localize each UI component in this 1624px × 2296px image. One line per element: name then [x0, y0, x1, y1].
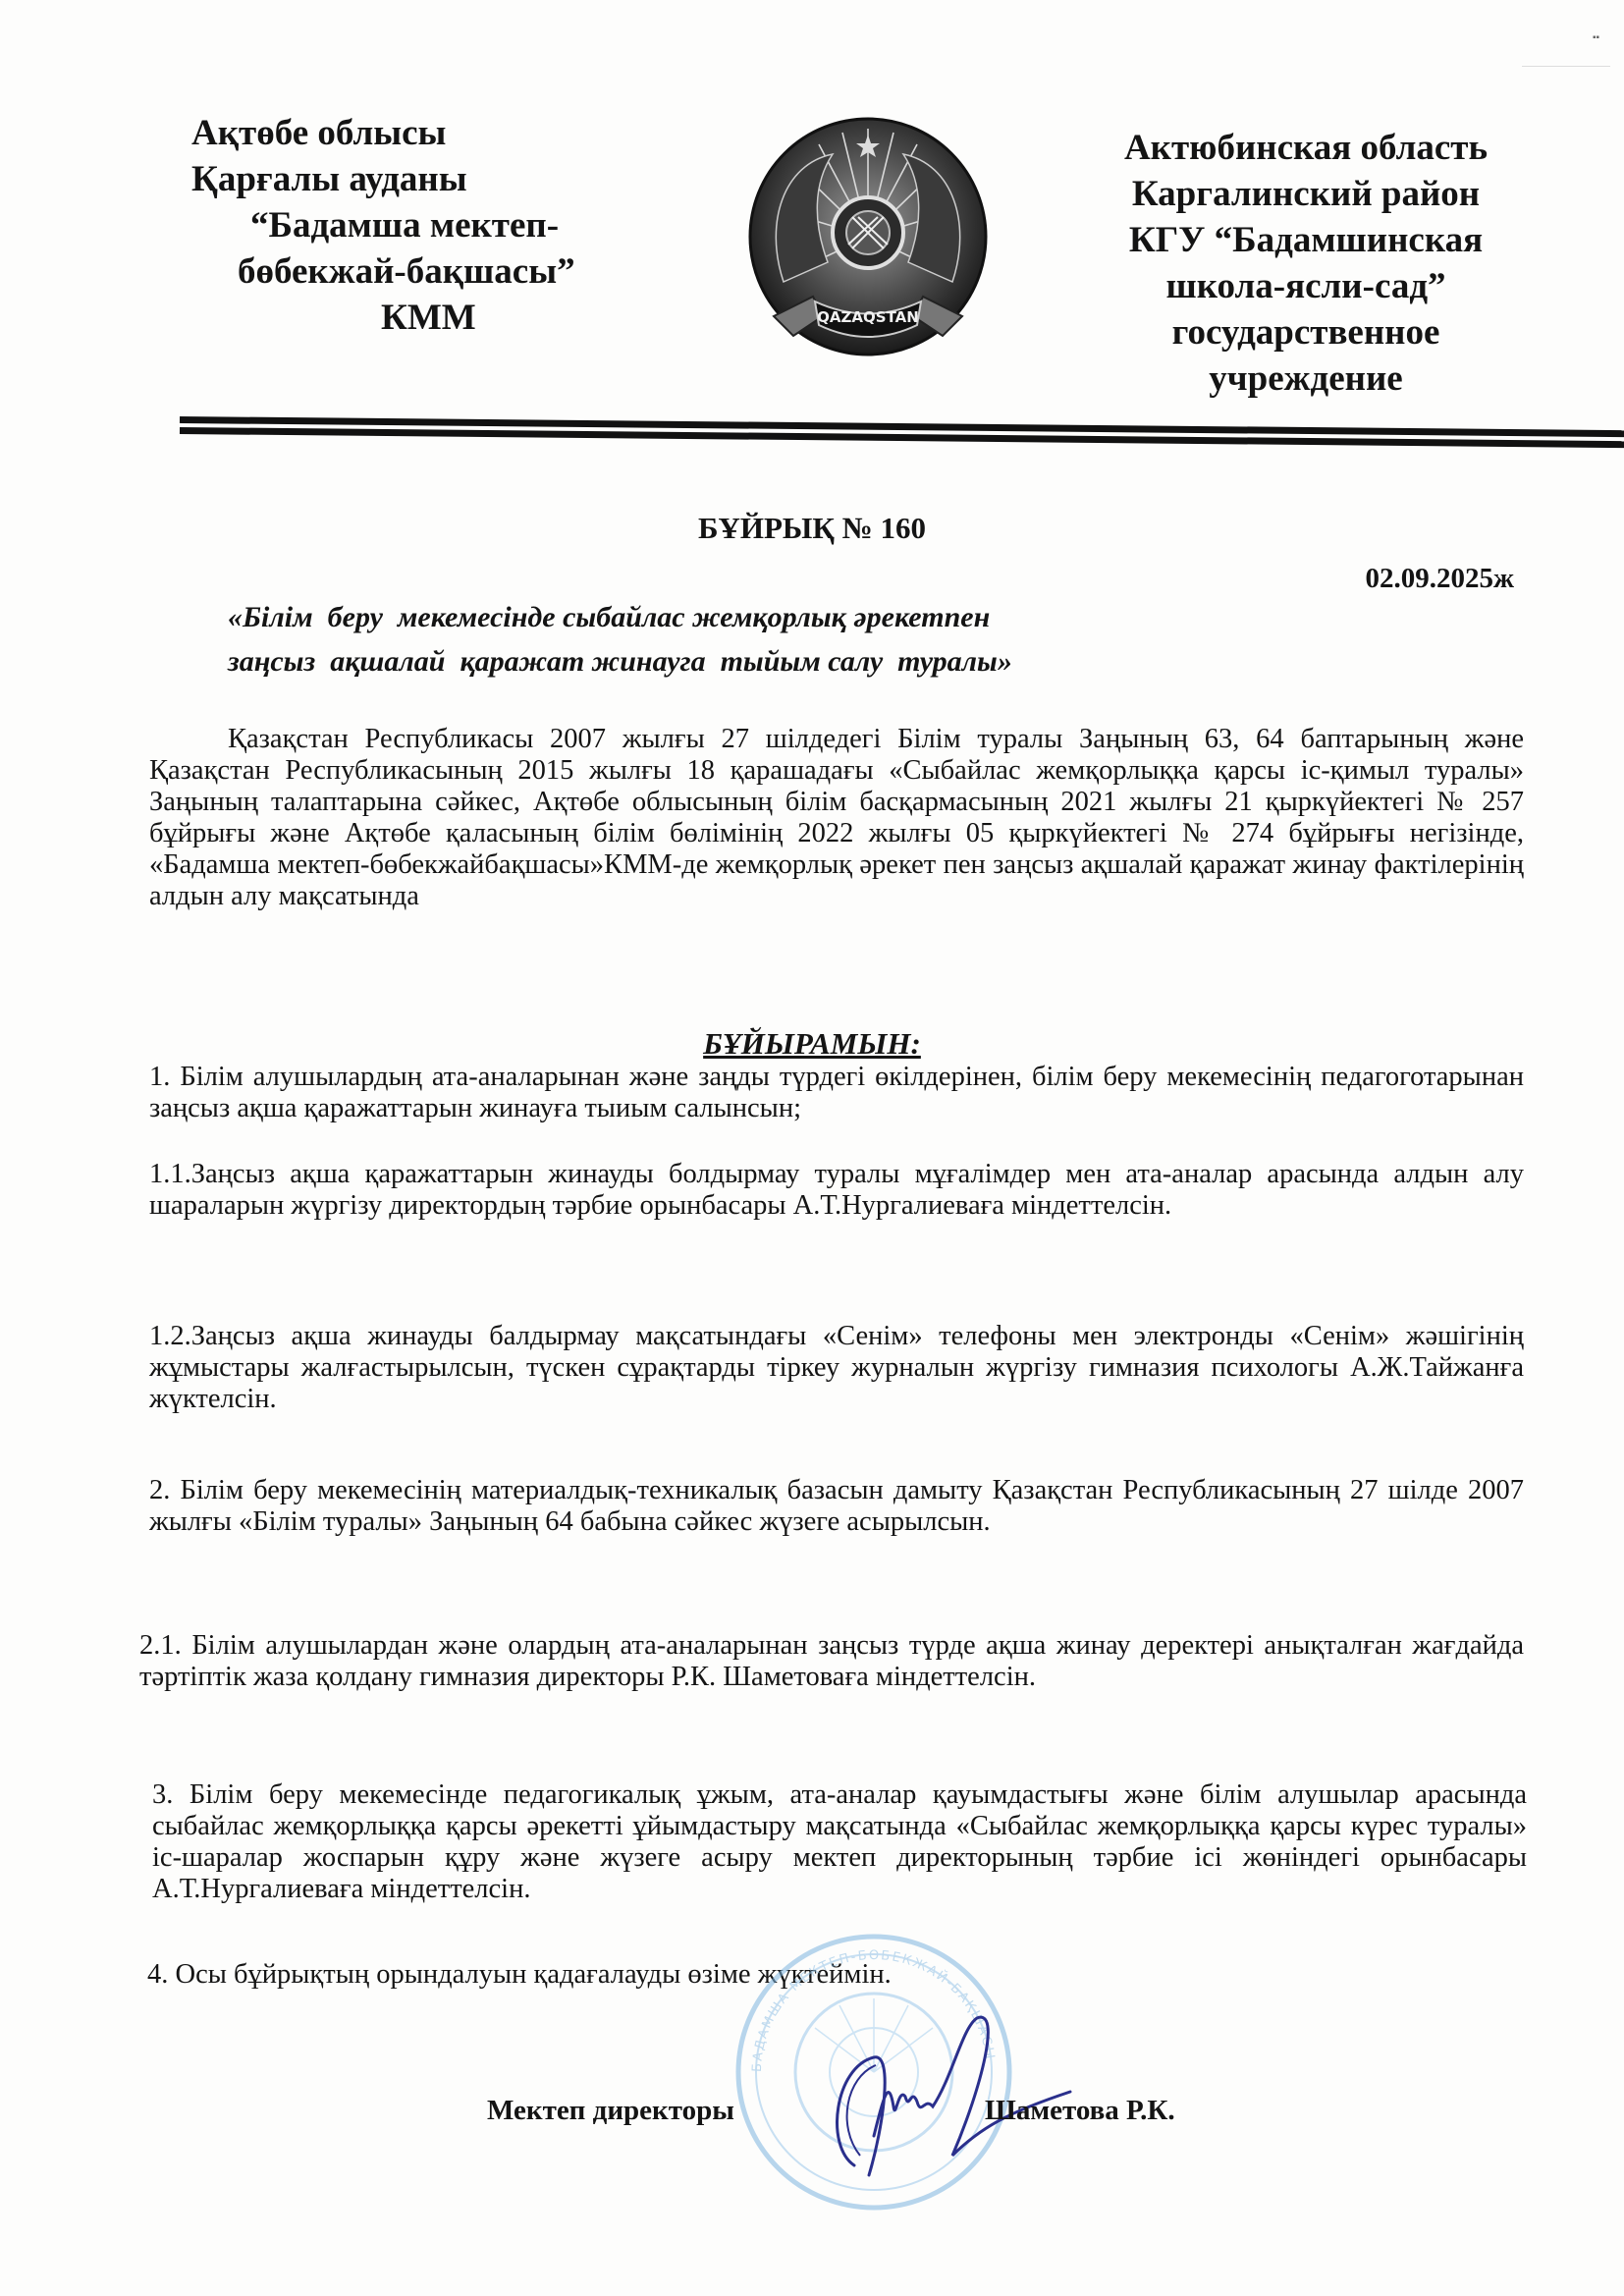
header-kz-line: бөбекжай-бақшасы”	[191, 248, 653, 295]
subject-line: заңсыз ақшалай қаражат жинауга тыйым сал…	[228, 639, 1012, 683]
order-item-text: 1.2.Заңсыз ақша жинауды балдырмау мақсат…	[149, 1321, 1524, 1415]
preamble-text: Қазақстан Республикасы 2007 жылғы 27 шіл…	[149, 724, 1524, 912]
scan-mark: ▪▪	[1593, 32, 1599, 43]
signature-position: Мектеп директоры	[487, 2095, 734, 2127]
preamble: Қазақстан Республикасы 2007 жылғы 27 шіл…	[149, 724, 1524, 912]
header-kz-line: Ақтөбе облысы	[191, 110, 653, 156]
order-item-1-2: 1.2.Заңсыз ақша жинауды балдырмау мақсат…	[149, 1321, 1524, 1415]
order-item-text: 2. Білім беру мекемесінің материалдық-те…	[149, 1475, 1524, 1538]
header-kz-line: КММ	[191, 295, 653, 341]
order-title: БҰЙРЫҚ № 160	[0, 511, 1624, 546]
signature-name: Шаметова Р.К.	[985, 2095, 1175, 2127]
order-item-1: 1. Білім алушылардың ата-аналарынан және…	[149, 1062, 1524, 1124]
order-item-text: 3. Білім беру мекемесінде педагогикалық …	[152, 1779, 1527, 1905]
header-russian: Актюбинская область Каргалинский район К…	[1090, 125, 1522, 402]
svg-text:QAZAQSTAN: QAZAQSTAN	[817, 308, 919, 326]
order-item-text: 1. Білім алушылардың ата-аналарынан және…	[149, 1062, 1524, 1124]
order-date: 02.09.2025ж	[1365, 563, 1514, 595]
order-item-text: 1.1.Заңсыз ақша қаражаттарын жинауды бол…	[149, 1159, 1524, 1222]
header-ru-line: Актюбинская область	[1090, 125, 1522, 171]
subject-line: «Білім беру мекемесінде сыбайлас жемқорл…	[228, 595, 1012, 639]
scan-line	[1522, 66, 1610, 67]
state-emblem-icon: QAZAQSTAN	[744, 115, 992, 370]
order-item-1-1: 1.1.Заңсыз ақша қаражаттарын жинауды бол…	[149, 1159, 1524, 1222]
header-ru-line: учреждение	[1090, 355, 1522, 402]
order-item-2: 2. Білім беру мекемесінің материалдық-те…	[149, 1475, 1524, 1538]
order-item-3: 3. Білім беру мекемесінде педагогикалық …	[152, 1779, 1527, 1905]
order-heading: БҰЙЫРАМЫН:	[0, 1026, 1624, 1062]
header-ru-line: Каргалинский район	[1090, 171, 1522, 217]
order-item-text: 2.1. Білім алушылардан және олардың ата-…	[139, 1630, 1524, 1693]
order-subject: «Білім беру мекемесінде сыбайлас жемқорл…	[228, 595, 1012, 683]
order-item-2-1: 2.1. Білім алушылардан және олардың ата-…	[139, 1630, 1524, 1693]
header-kazakh: Ақтөбе облысы Қарғалы ауданы “Бадамша ме…	[191, 110, 653, 341]
header-kz-line: Қарғалы ауданы	[191, 156, 653, 202]
header-kz-line: “Бадамша мектеп-	[191, 202, 653, 248]
header-ru-line: школа-ясли-сад”	[1090, 263, 1522, 309]
header-ru-line: КГУ “Бадамшинская	[1090, 217, 1522, 263]
header-ru-line: государственное	[1090, 309, 1522, 355]
